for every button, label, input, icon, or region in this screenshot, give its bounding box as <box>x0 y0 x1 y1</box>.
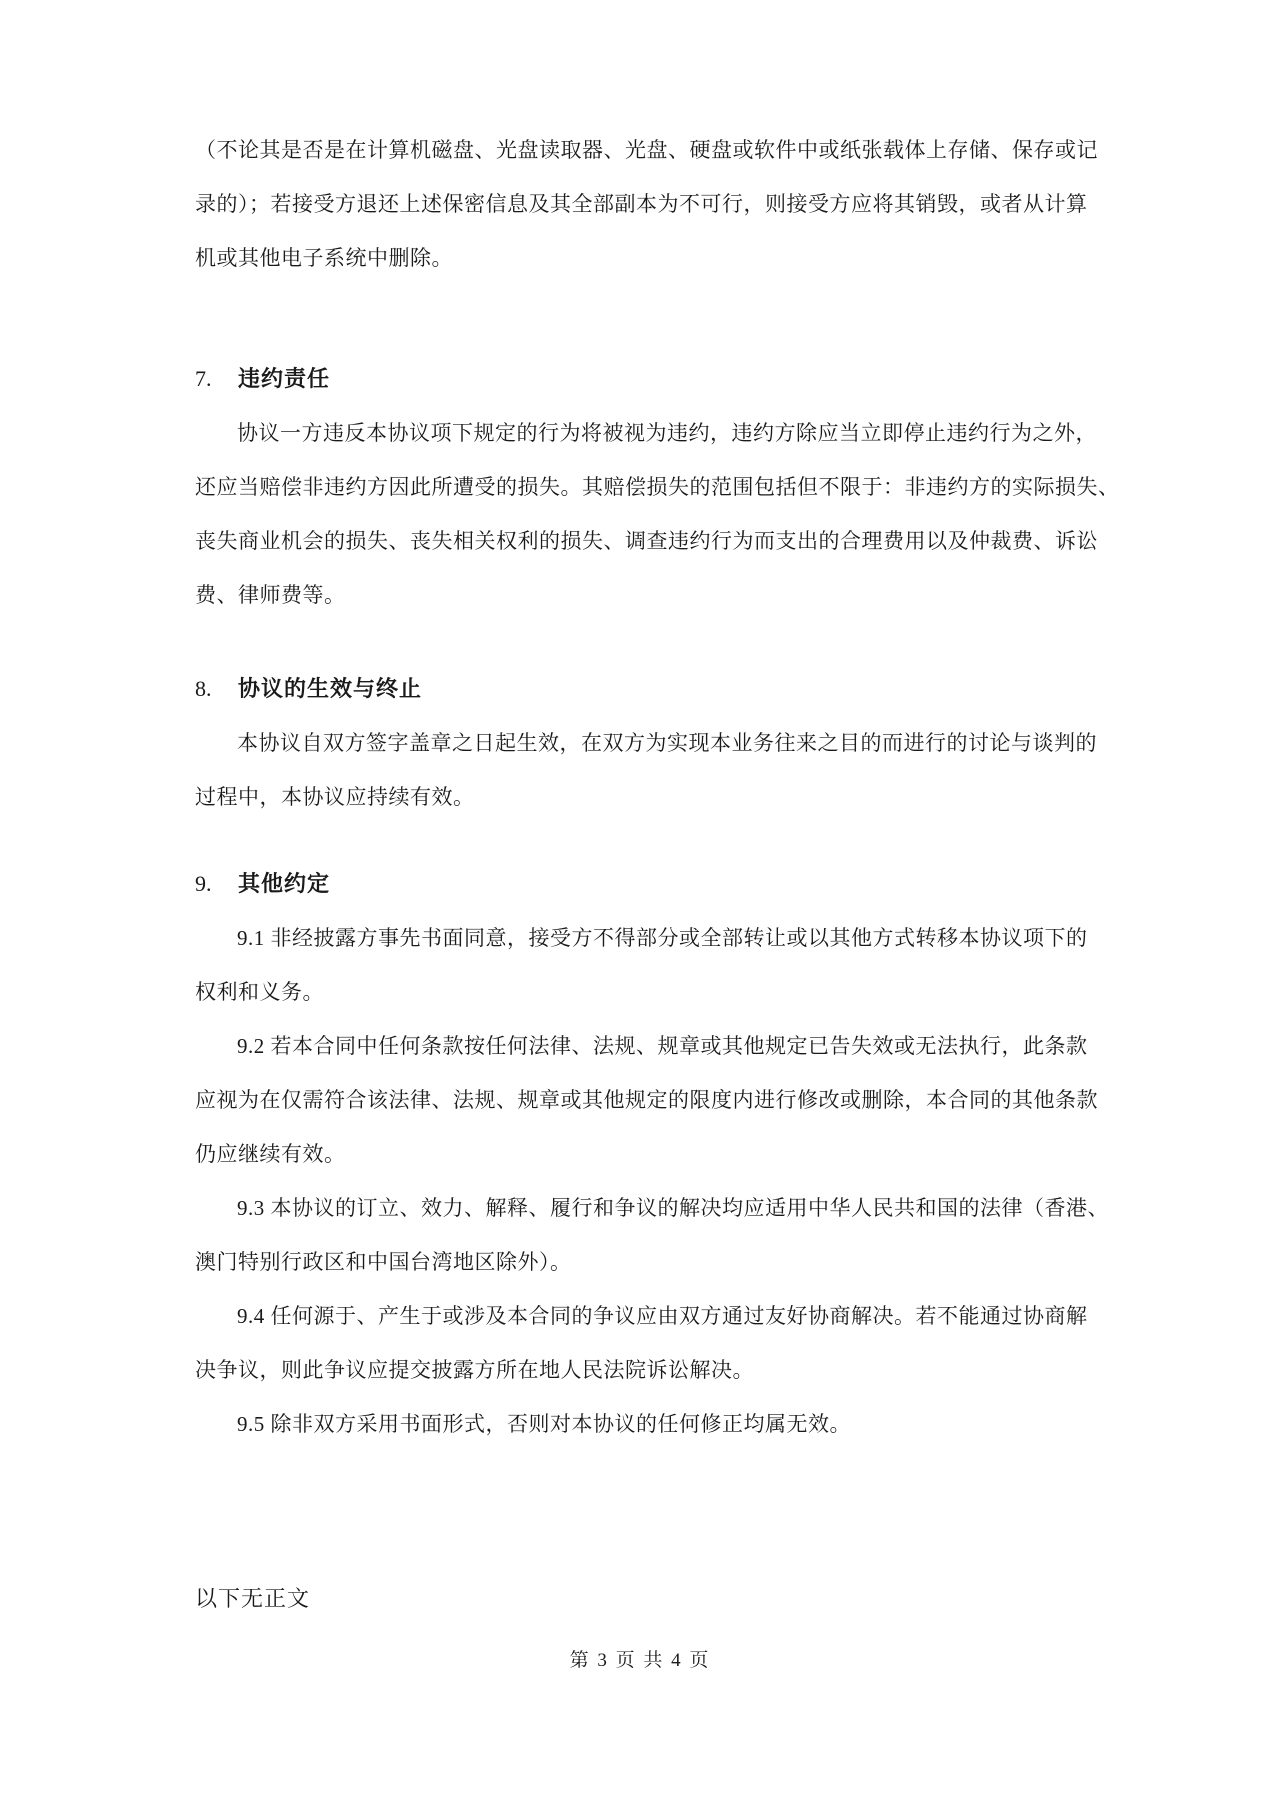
section-8-body: 本协议自双方签字盖章之日起生效，在双方为实现本业务往来之目的而进行的讨论与谈判的… <box>195 716 1090 824</box>
paragraph-line: 机或其他电子系统中删除。 <box>195 231 1090 285</box>
paragraph-line: 权利和义务。 <box>195 965 1090 1019</box>
paragraph-line: 协议一方违反本协议项下规定的行为将被视为违约，违约方除应当立即停止违约行为之外， <box>195 406 1090 460</box>
section-7-body: 协议一方违反本协议项下规定的行为将被视为违约，违约方除应当立即停止违约行为之外，… <box>195 406 1090 622</box>
section-8-number: 8. <box>195 662 238 716</box>
paragraph-line: 决争议，则此争议应提交披露方所在地人民法院诉讼解决。 <box>195 1343 1090 1397</box>
paragraph-line: 费、律师费等。 <box>195 568 1090 622</box>
paragraph-line: 9.3 本协议的订立、效力、解释、履行和争议的解决均应适用中华人民共和国的法律（… <box>195 1181 1090 1235</box>
section-8-title: 协议的生效与终止 <box>238 676 422 701</box>
section-7-heading: 7.违约责任 <box>195 352 1090 406</box>
page-footer: 第 3 页 共 4 页 <box>0 1646 1280 1676</box>
paragraph-line: 还应当赔偿非违约方因此所遭受的损失。其赔偿损失的范围包括但不限于：非违约方的实际… <box>195 460 1090 514</box>
paragraph-line: 仍应继续有效。 <box>195 1127 1090 1181</box>
paragraph-line: 过程中，本协议应持续有效。 <box>195 770 1090 824</box>
document-content: （不论其是否是在计算机磁盘、光盘读取器、光盘、硬盘或软件中或纸张载体上存储、保存… <box>195 0 1090 1626</box>
paragraph-line: （不论其是否是在计算机磁盘、光盘读取器、光盘、硬盘或软件中或纸张载体上存储、保存… <box>195 123 1090 177</box>
paragraph-line: 9.1 非经披露方事先书面同意，接受方不得部分或全部转让或以其他方式转移本协议项… <box>195 911 1090 965</box>
paragraph-line: 9.2 若本合同中任何条款按任何法律、法规、规章或其他规定已告失效或无法执行，此… <box>195 1019 1090 1073</box>
paragraph-line: 丧失商业机会的损失、丧失相关权利的损失、调查违约行为而支出的合理费用以及仲裁费、… <box>195 514 1090 568</box>
section-7-number: 7. <box>195 352 238 406</box>
paragraph-line: 本协议自双方签字盖章之日起生效，在双方为实现本业务往来之目的而进行的讨论与谈判的 <box>195 716 1090 770</box>
continuation-paragraph: （不论其是否是在计算机磁盘、光盘读取器、光盘、硬盘或软件中或纸张载体上存储、保存… <box>195 123 1090 285</box>
section-8-heading: 8.协议的生效与终止 <box>195 662 1090 716</box>
paragraph-line: 录的）；若接受方退还上述保密信息及其全部副本为不可行，则接受方应将其销毁，或者从… <box>195 177 1090 231</box>
paragraph-line: 9.5 除非双方采用书面形式，否则对本协议的任何修正均属无效。 <box>195 1397 1090 1451</box>
section-9-title: 其他约定 <box>238 871 330 896</box>
section-9-number: 9. <box>195 857 238 911</box>
section-9-body: 9.1 非经披露方事先书面同意，接受方不得部分或全部转让或以其他方式转移本协议项… <box>195 911 1090 1451</box>
closing-note: 以下无正文 <box>195 1572 1090 1626</box>
paragraph-line: 应视为在仅需符合该法律、法规、规章或其他规定的限度内进行修改或删除，本合同的其他… <box>195 1073 1090 1127</box>
document-page: （不论其是否是在计算机磁盘、光盘读取器、光盘、硬盘或软件中或纸张载体上存储、保存… <box>0 0 1280 1810</box>
paragraph-line: 澳门特别行政区和中国台湾地区除外）。 <box>195 1235 1090 1289</box>
section-7-title: 违约责任 <box>238 366 330 391</box>
paragraph-line: 9.4 任何源于、产生于或涉及本合同的争议应由双方通过友好协商解决。若不能通过协… <box>195 1289 1090 1343</box>
section-9-heading: 9.其他约定 <box>195 857 1090 911</box>
